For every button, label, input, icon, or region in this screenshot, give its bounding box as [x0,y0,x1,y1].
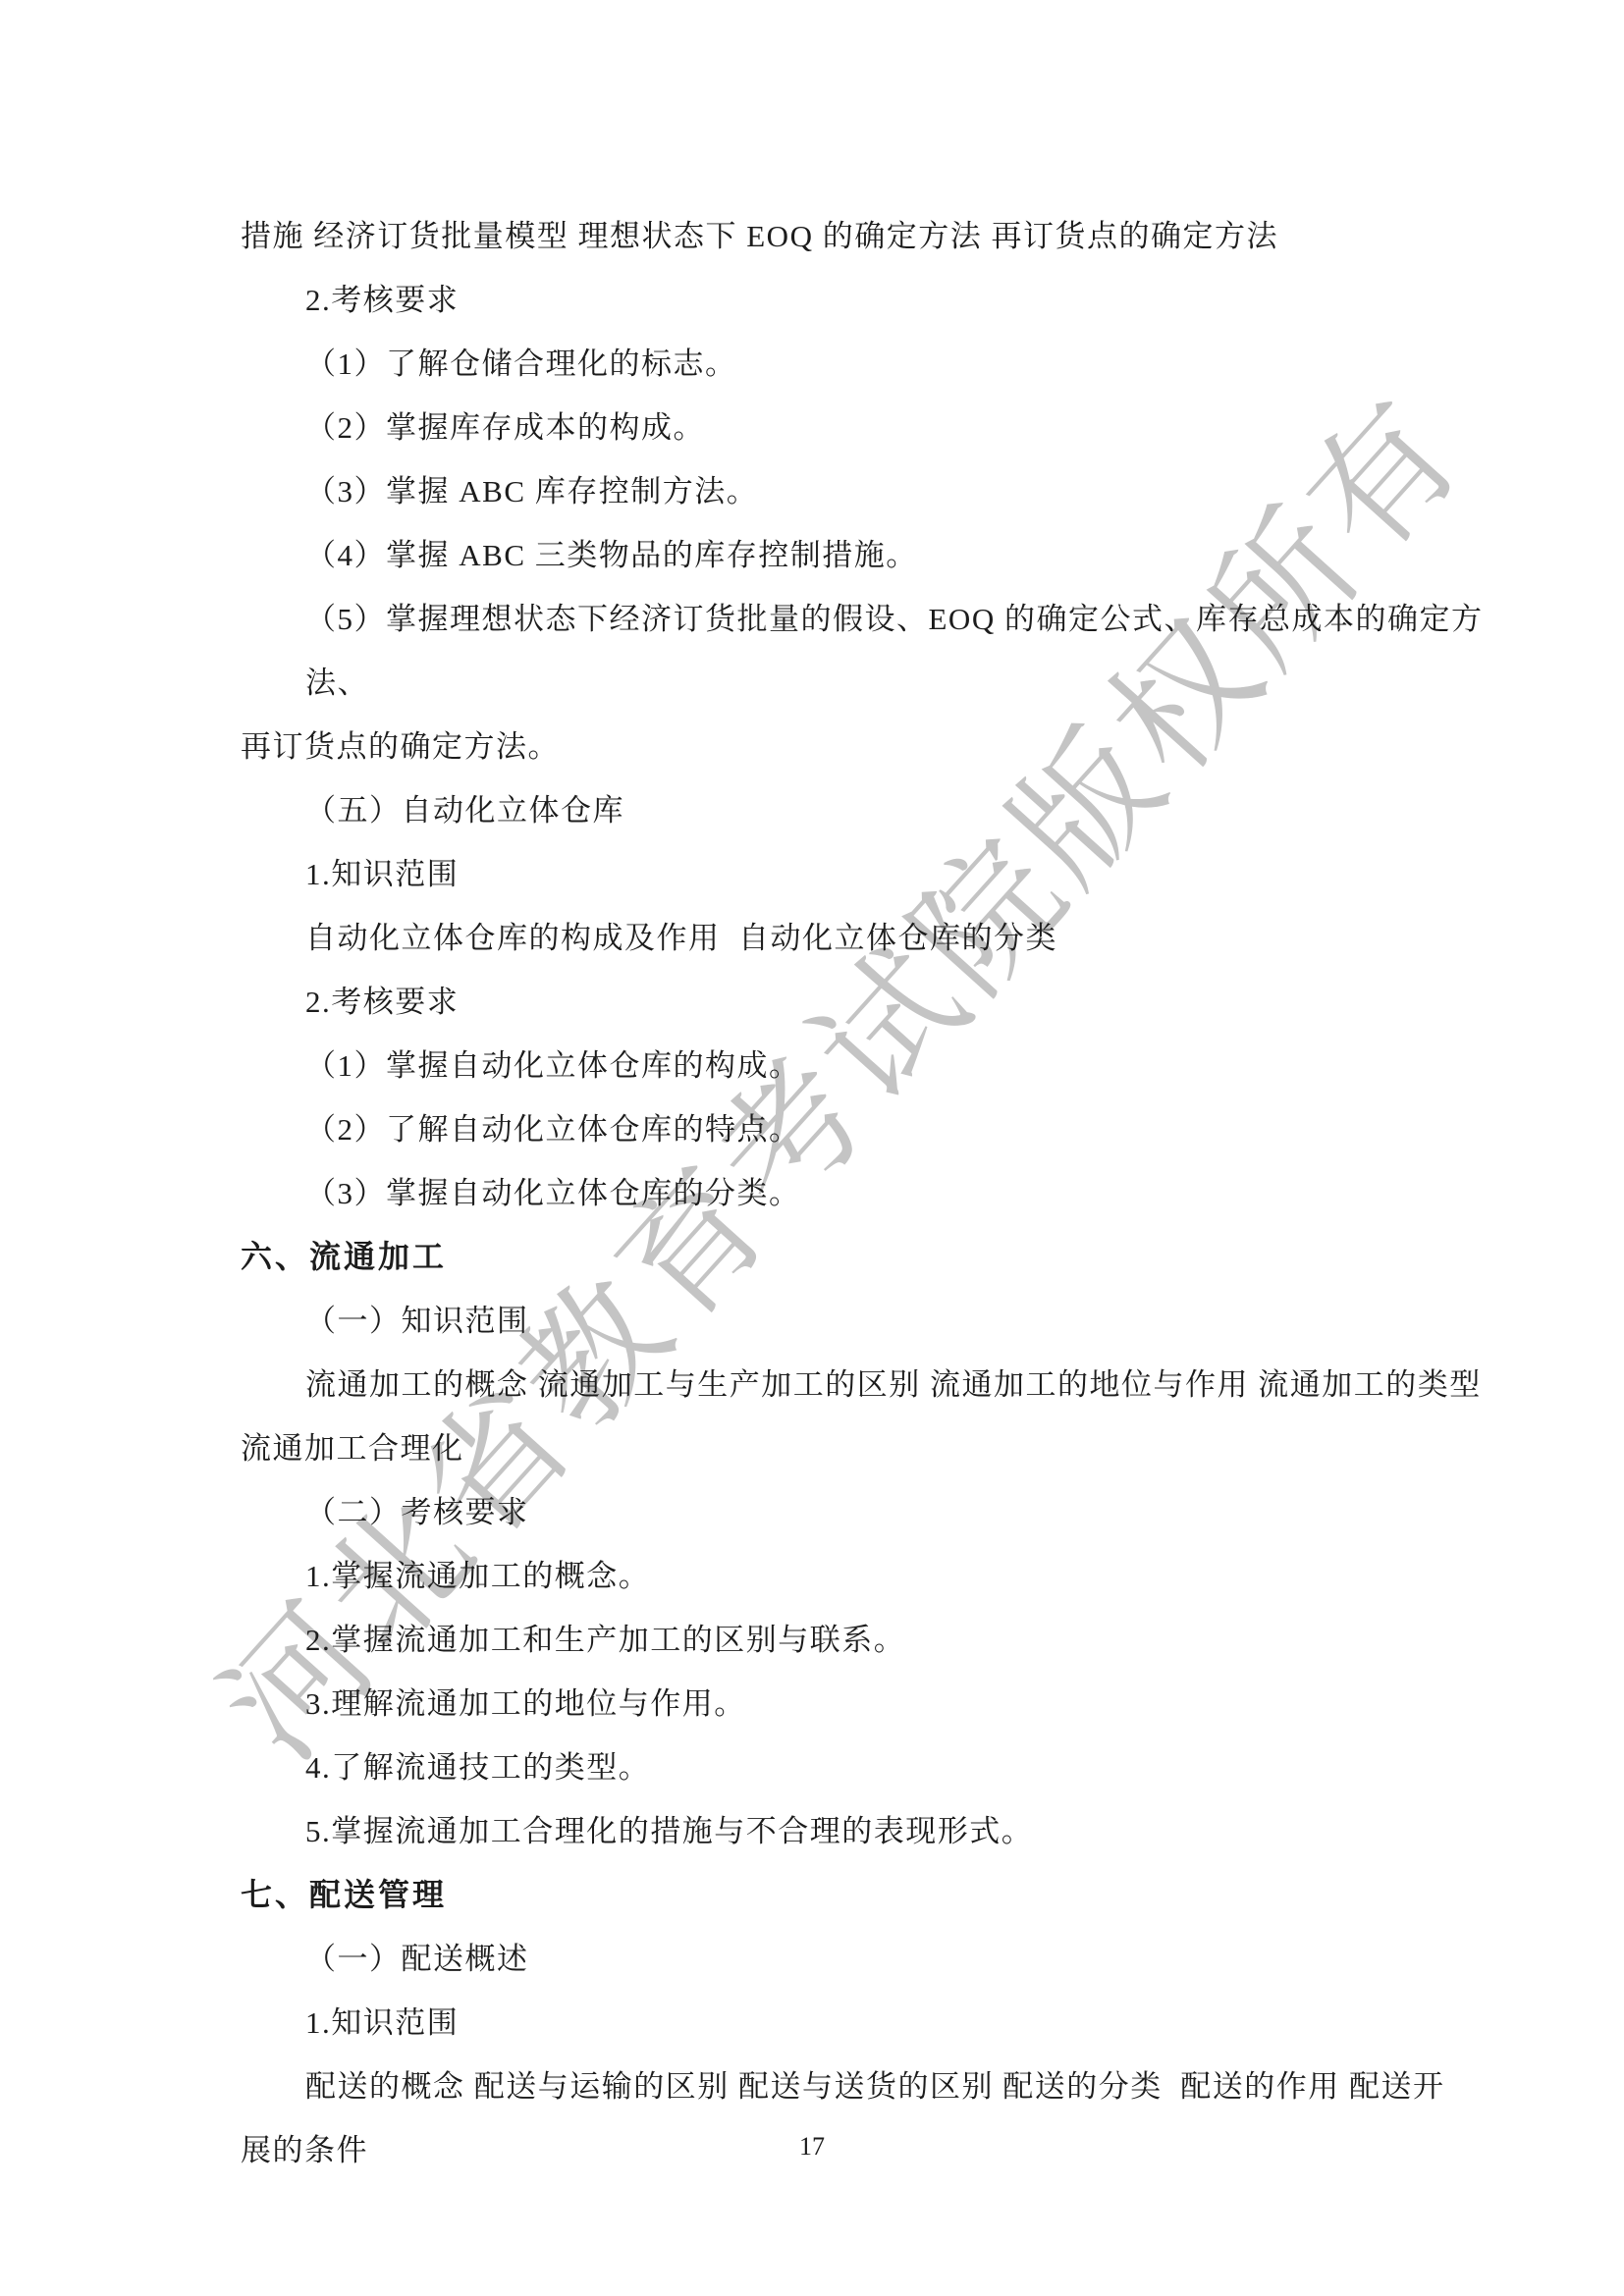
page-number: 17 [0,2132,1624,2162]
text-line: 1.知识范围 [241,1991,1502,2055]
text-line: 1.知识范围 [241,842,1502,906]
text-line: （1）掌握自动化立体仓库的构成。 [241,1034,1502,1097]
text-line: （5）掌握理想状态下经济订货批量的假设、EOQ 的确定公式、库存总成本的确定方法… [241,587,1502,715]
text-line: 流通加工合理化 [241,1416,1502,1480]
document-content: 措施 经济订货批量模型 理想状态下 EOQ 的确定方法 再订货点的确定方法2.考… [241,204,1502,2182]
text-line: 3.理解流通加工的地位与作用。 [241,1672,1502,1735]
text-line: （1）了解仓储合理化的标志。 [241,332,1502,396]
text-line: （一）配送概述 [241,1927,1502,1991]
text-line: 2.考核要求 [241,268,1502,332]
text-line: （二）考核要求 [241,1480,1502,1544]
text-line: 再订货点的确定方法。 [241,715,1502,778]
section-heading: 七、配送管理 [241,1863,1502,1927]
text-line: 1.掌握流通加工的概念。 [241,1544,1502,1608]
text-line: 4.了解流通技工的类型。 [241,1735,1502,1799]
text-line: （2）掌握库存成本的构成。 [241,396,1502,459]
text-line: （2）了解自动化立体仓库的特点。 [241,1097,1502,1161]
text-line: （五）自动化立体仓库 [241,778,1502,842]
text-line: 配送的概念 配送与运输的区别 配送与送货的区别 配送的分类 配送的作用 配送开 [241,2055,1502,2118]
text-line: 2.掌握流通加工和生产加工的区别与联系。 [241,1608,1502,1672]
text-line: 2.考核要求 [241,970,1502,1034]
document-page: 河北省教育考试院版权所有 措施 经济订货批量模型 理想状态下 EOQ 的确定方法… [0,0,1624,2296]
text-line: （3）掌握 ABC 库存控制方法。 [241,459,1502,523]
text-line: 措施 经济订货批量模型 理想状态下 EOQ 的确定方法 再订货点的确定方法 [241,204,1502,268]
text-line: （4）掌握 ABC 三类物品的库存控制措施。 [241,523,1502,587]
text-line: 自动化立体仓库的构成及作用 自动化立体仓库的分类 [241,906,1502,970]
text-line: 流通加工的概念 流通加工与生产加工的区别 流通加工的地位与作用 流通加工的类型 [241,1353,1502,1416]
section-heading: 六、流通加工 [241,1225,1502,1289]
text-line: 5.掌握流通加工合理化的措施与不合理的表现形式。 [241,1799,1502,1863]
text-line: （3）掌握自动化立体仓库的分类。 [241,1161,1502,1225]
text-line: （一）知识范围 [241,1289,1502,1353]
